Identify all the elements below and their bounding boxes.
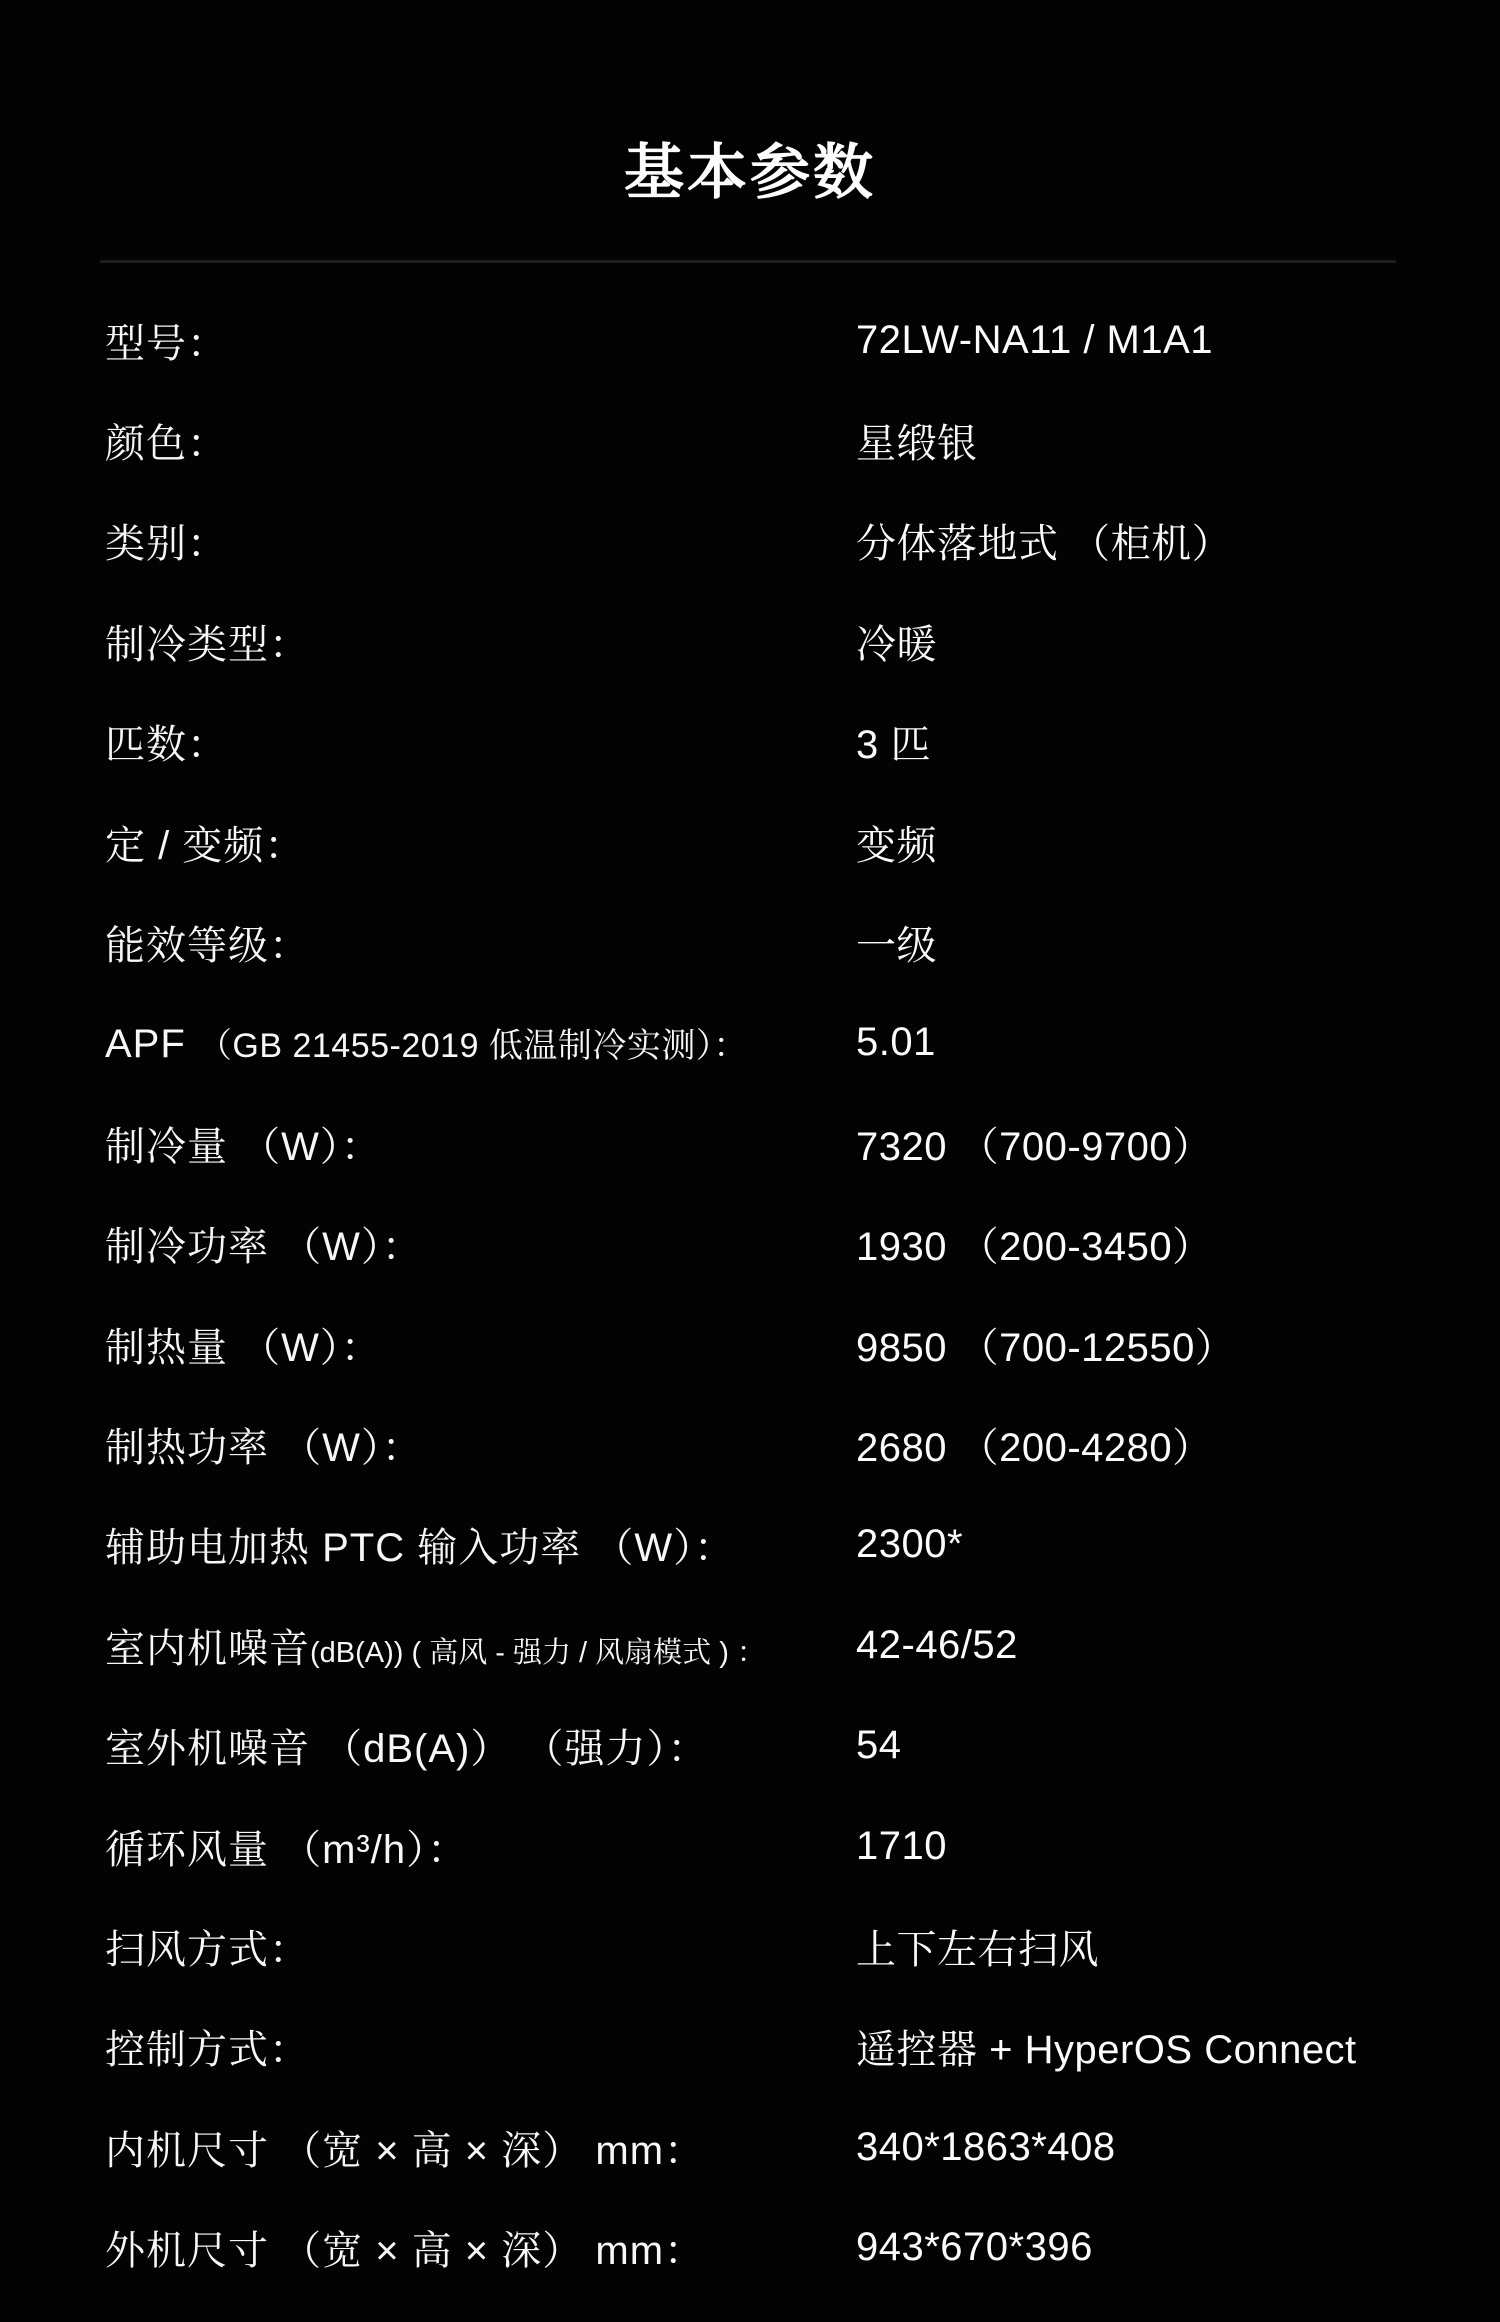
spec-row: 室内机噪音(dB(A)) ( 高风 - 强力 / 风扇模式 ) ： 42-46/…: [0, 1595, 1500, 1695]
spec-label: 匹数：: [105, 713, 856, 770]
spec-label-text: 型号：: [105, 322, 228, 366]
spec-label: 制冷功率 （W）：: [105, 1215, 856, 1272]
spec-label: 室外机噪音 （dB(A)） （强力）：: [105, 1717, 856, 1774]
spec-value: 一级: [856, 914, 937, 971]
spec-row: 扫风方式： 上下左右扫风: [0, 1896, 1500, 1996]
spec-row: 制热功率 （W）： 2680 （200-4280）: [0, 1394, 1500, 1494]
spec-label-text: 制热量 （W）：: [105, 1326, 382, 1370]
spec-row: 颜色： 星缎银: [0, 390, 1500, 490]
spec-label: 扫风方式：: [105, 1918, 856, 1975]
spec-row: 制冷类型： 冷暖: [0, 591, 1500, 691]
spec-value: 9850 （700-12550）: [856, 1316, 1235, 1373]
spec-label: 制冷量 （W）：: [105, 1115, 856, 1172]
spec-label-text: 定 / 变频：: [105, 824, 305, 868]
spec-row: 辅助电加热 PTC 输入功率 （W）： 2300*: [0, 1495, 1500, 1595]
spec-label-text: 控制方式：: [105, 2028, 310, 2072]
spec-value: 分体落地式 （柜机）: [856, 512, 1232, 569]
spec-label: 循环风量 （m³/h）：: [105, 1818, 856, 1875]
spec-value: 7320 （700-9700）: [856, 1115, 1213, 1172]
spec-row: 室外机噪音 （dB(A)） （强力）： 54: [0, 1695, 1500, 1795]
spec-label-text: 制热功率 （W）：: [105, 1426, 423, 1470]
spec-label-text: 制冷量 （W）：: [105, 1125, 382, 1169]
divider: [100, 260, 1396, 263]
spec-value: 1930 （200-3450）: [856, 1215, 1213, 1272]
spec-value: 340*1863*408: [856, 2125, 1116, 2170]
spec-value: 42-46/52: [856, 1623, 1018, 1668]
spec-row: 制冷功率 （W）： 1930 （200-3450）: [0, 1194, 1500, 1294]
spec-label: 型号：: [105, 312, 856, 369]
spec-label-text: 循环风量 （m³/h）：: [105, 1828, 468, 1872]
spec-value: 2300*: [856, 1522, 963, 1567]
spec-label: 定 / 变频：: [105, 814, 856, 871]
spec-label-text: 颜色：: [105, 422, 228, 466]
spec-label: 制热功率 （W）：: [105, 1416, 856, 1473]
spec-label: 辅助电加热 PTC 输入功率 （W）：: [105, 1516, 856, 1573]
spec-value: 5.01: [856, 1020, 936, 1065]
spec-row: 制冷量 （W）： 7320 （700-9700）: [0, 1093, 1500, 1193]
spec-row: 循环风量 （m³/h）： 1710: [0, 1796, 1500, 1896]
spec-label-text: 室外机噪音 （dB(A)） （强力）：: [105, 1727, 708, 1771]
spec-row: APF （GB 21455-2019 低温制冷实测）： 5.01: [0, 993, 1500, 1093]
spec-row: 匹数： 3 匹: [0, 692, 1500, 792]
spec-label-text: 能效等级：: [105, 924, 310, 968]
spec-value: 上下左右扫风: [856, 1918, 1099, 1975]
spec-value: 星缎银: [856, 412, 978, 469]
spec-value: 遥控器 + HyperOS Connect: [856, 2018, 1357, 2075]
page-title: 基本参数: [0, 141, 1500, 205]
spec-value: 72LW-NA11 / M1A1: [856, 318, 1213, 363]
spec-label: 类别：: [105, 512, 856, 569]
spec-row: 型号： 72LW-NA11 / M1A1: [0, 290, 1500, 390]
spec-value: 2680 （200-4280）: [856, 1416, 1213, 1473]
spec-label-text: 制冷类型：: [105, 623, 310, 667]
spec-label-text: 匹数：: [105, 723, 228, 767]
spec-label-note: (dB(A)) ( 高风 - 强力 / 风扇模式 ) ：: [310, 1637, 766, 1669]
spec-label: 内机尺寸 （宽 × 高 × 深） mm：: [105, 2119, 856, 2176]
spec-sheet-panel: 基本参数 型号： 72LW-NA11 / M1A1 颜色： 星缎银 类别： 分体…: [0, 0, 1500, 2322]
spec-row: 能效等级： 一级: [0, 892, 1500, 992]
spec-label: 制热量 （W）：: [105, 1316, 856, 1373]
spec-label-text: 扫风方式：: [105, 1928, 310, 1972]
spec-value: 变频: [856, 814, 937, 871]
spec-label: APF （GB 21455-2019 低温制冷实测）：: [105, 1018, 856, 1067]
spec-label-text: APF: [105, 1022, 198, 1066]
spec-value: 54: [856, 1723, 902, 1768]
spec-value: 1710: [856, 1824, 947, 1869]
spec-row: 控制方式： 遥控器 + HyperOS Connect: [0, 1997, 1500, 2097]
spec-label-text: 制冷功率 （W）：: [105, 1225, 423, 1269]
spec-value: 943*670*396: [856, 2225, 1093, 2270]
spec-label-text: 室内机噪音: [105, 1627, 310, 1671]
spec-row: 类别： 分体落地式 （柜机）: [0, 491, 1500, 591]
spec-label: 颜色：: [105, 412, 856, 469]
spec-label-text: 辅助电加热 PTC 输入功率 （W）：: [105, 1526, 735, 1570]
spec-label-text: 外机尺寸 （宽 × 高 × 深） mm：: [105, 2229, 705, 2273]
spec-value: 冷暖: [856, 613, 937, 670]
spec-row: 定 / 变频： 变频: [0, 792, 1500, 892]
spec-label: 外机尺寸 （宽 × 高 × 深） mm：: [105, 2219, 856, 2276]
spec-label: 制冷类型：: [105, 613, 856, 670]
spec-label: 控制方式：: [105, 2018, 856, 2075]
spec-label-text: 类别：: [105, 522, 228, 566]
spec-label-text: 内机尺寸 （宽 × 高 × 深） mm：: [105, 2129, 705, 2173]
spec-row: 制热量 （W）： 9850 （700-12550）: [0, 1294, 1500, 1394]
spec-row: 外机尺寸 （宽 × 高 × 深） mm： 943*670*396: [0, 2197, 1500, 2297]
spec-label-note: （GB 21455-2019 低温制冷实测）：: [198, 1027, 748, 1065]
spec-label: 室内机噪音(dB(A)) ( 高风 - 强力 / 风扇模式 ) ：: [105, 1617, 856, 1674]
spec-value: 3 匹: [856, 713, 931, 770]
spec-table: 型号： 72LW-NA11 / M1A1 颜色： 星缎银 类别： 分体落地式 （…: [0, 290, 1500, 2298]
spec-row: 内机尺寸 （宽 × 高 × 深） mm： 340*1863*408: [0, 2097, 1500, 2197]
spec-label: 能效等级：: [105, 914, 856, 971]
